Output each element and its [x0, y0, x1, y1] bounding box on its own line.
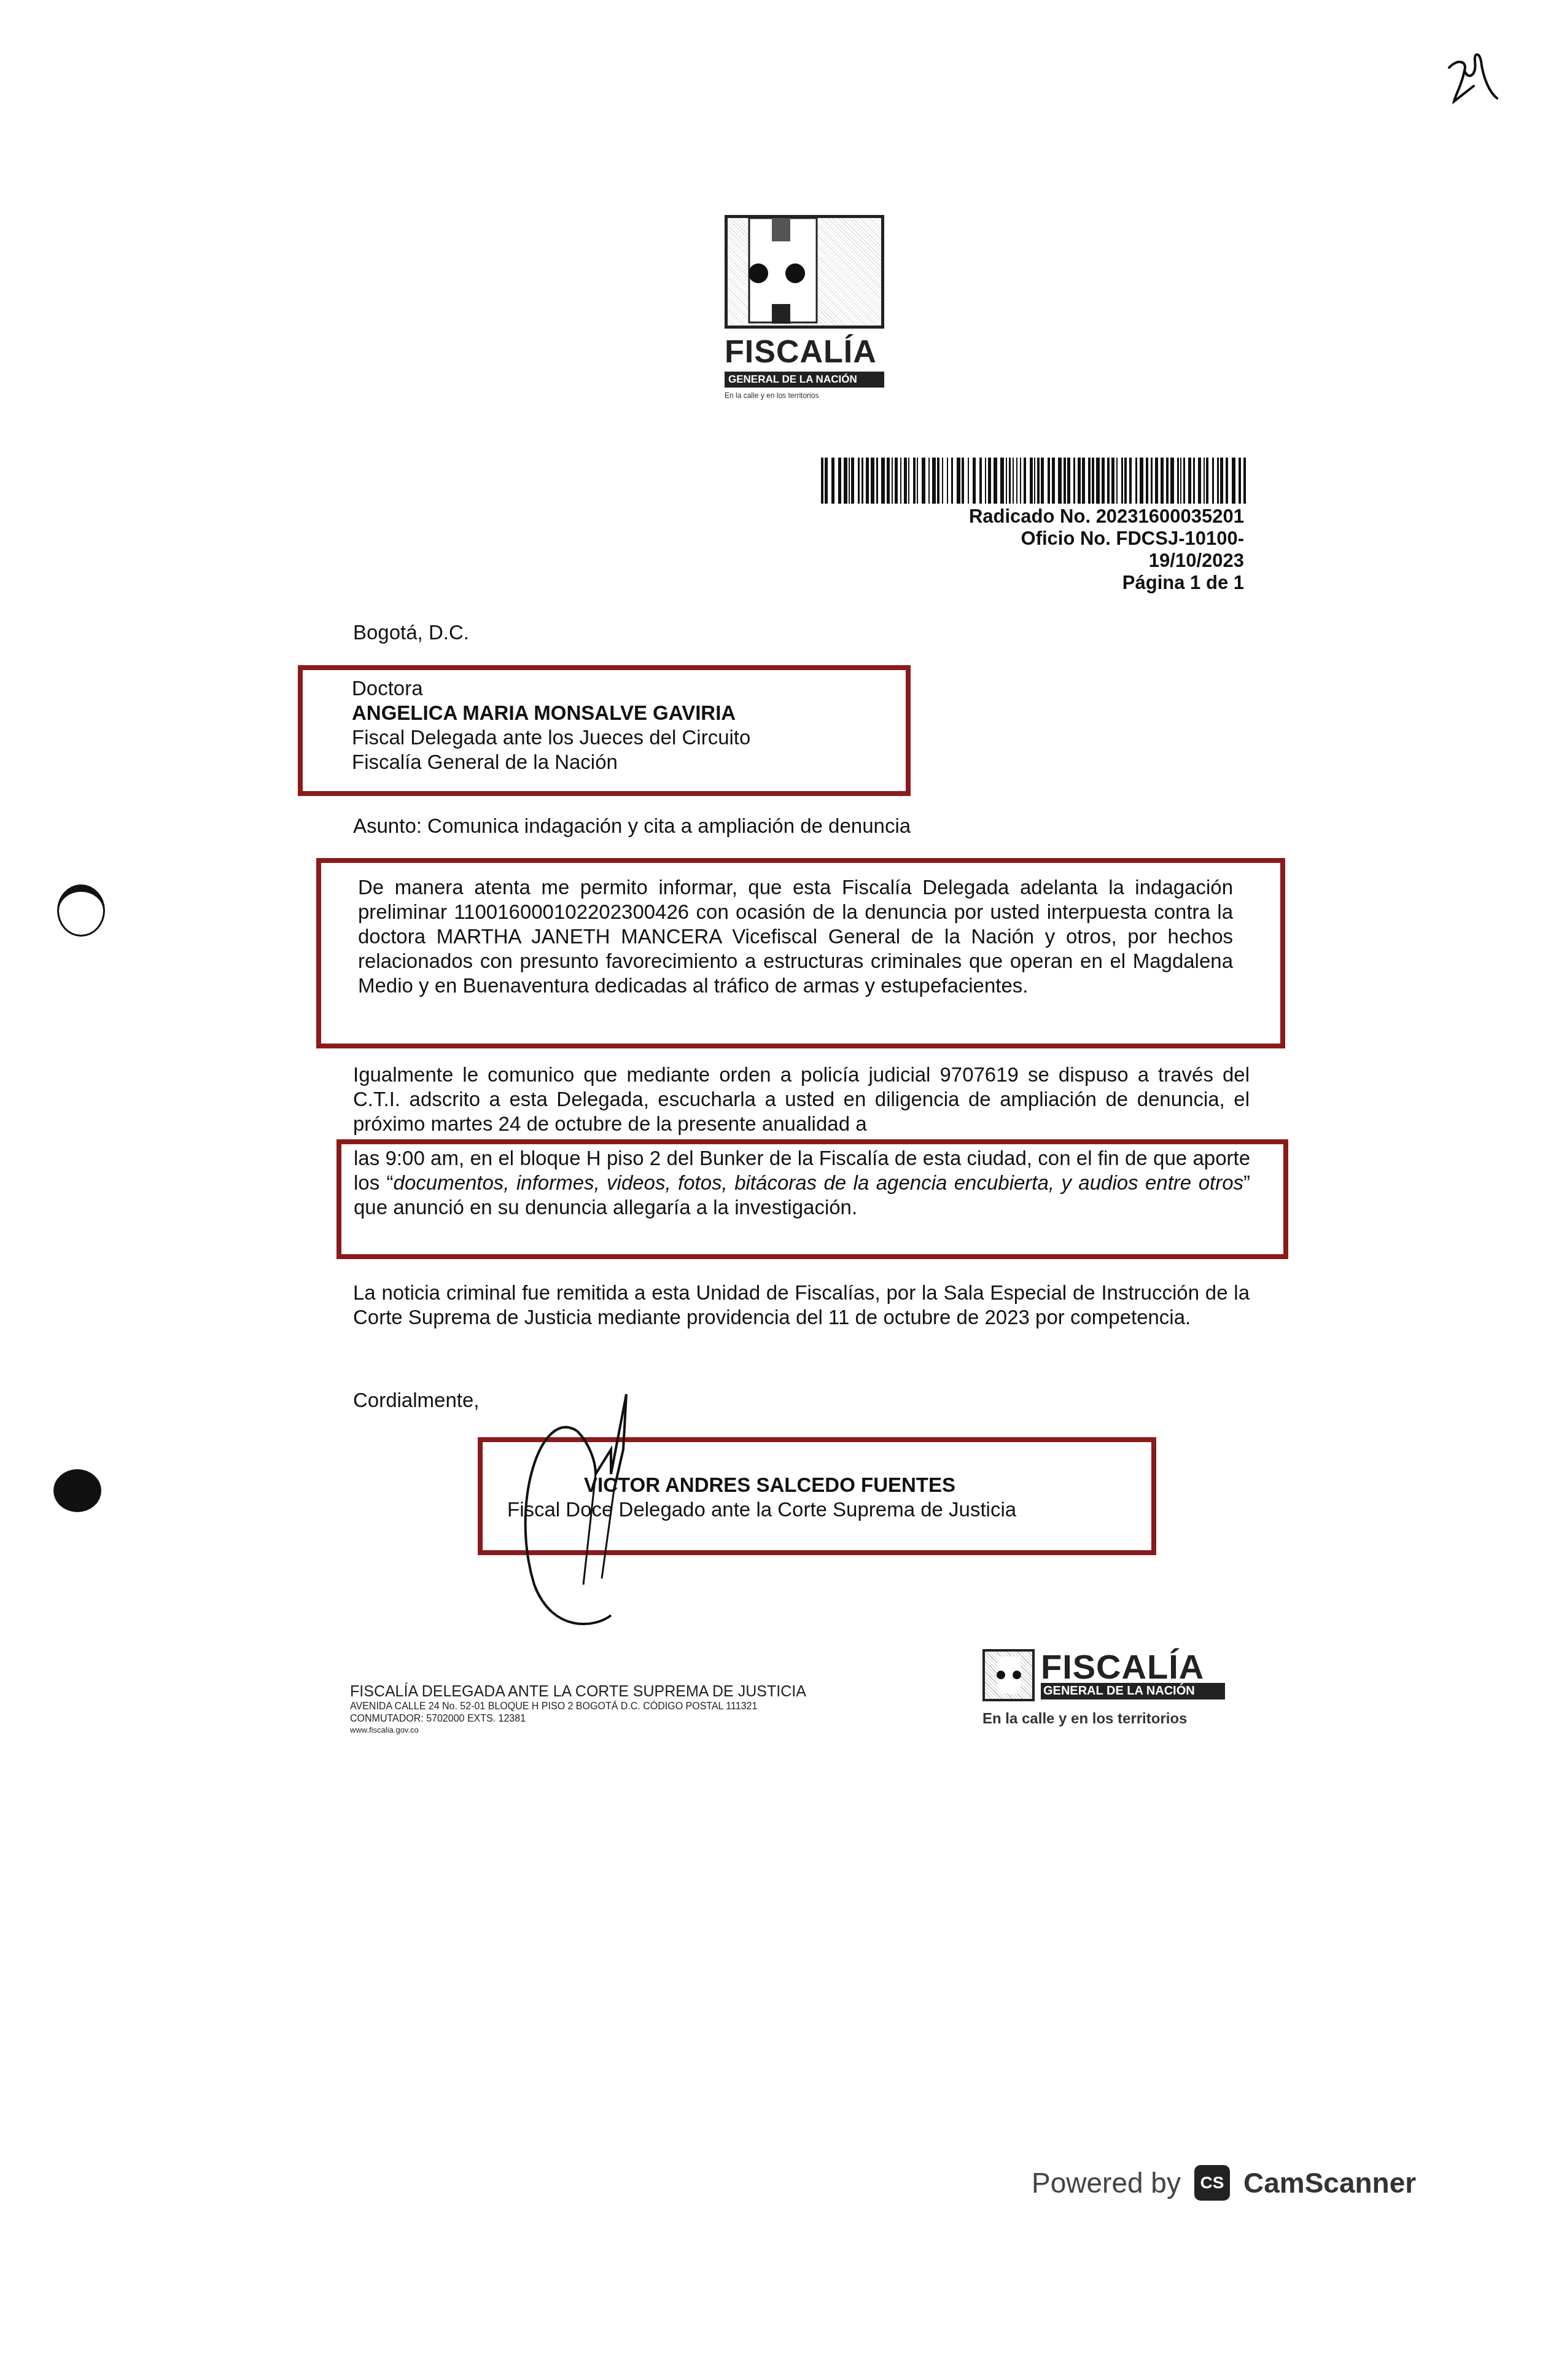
paragraph-2-italic-list: documentos, informes, videos, fotos, bit…	[394, 1171, 1243, 1194]
handwritten-page-number	[1443, 43, 1511, 111]
logo-tagline: En la calle y en los territorios	[725, 391, 884, 400]
punch-hole-filled	[53, 1469, 101, 1512]
recipient-name: ANGELICA MARIA MONSALVE GAVIRIA	[352, 701, 750, 725]
closing-line: Cordialmente,	[353, 1388, 479, 1413]
watermark-prefix: Powered by	[1032, 2166, 1181, 2199]
footer-address: AVENIDA CALLE 24 No. 52-01 BLOQUE H PISO…	[350, 1701, 806, 1713]
paragraph-1: De manera atenta me permito informar, qu…	[358, 875, 1233, 998]
camscanner-watermark: Powered by CS CamScanner	[1032, 2165, 1416, 2201]
barcode	[821, 458, 1248, 504]
footer-logo-tagline: En la calle y en los territorios	[982, 1711, 1187, 1728]
reference-block: Radicado No. 20231600035201 Oficio No. F…	[969, 505, 1244, 594]
paragraph-3: La noticia criminal fue remitida a esta …	[353, 1281, 1250, 1330]
footer-office: FISCALÍA DELEGADA ANTE LA CORTE SUPREMA …	[350, 1683, 806, 1701]
handwritten-signature	[504, 1382, 675, 1640]
document-date: 19/10/2023	[969, 550, 1244, 572]
subject-line: Asunto: Comunica indagación y cita a amp…	[353, 814, 911, 838]
paragraph-2-lead: Igualmente le comunico que mediante orde…	[353, 1063, 1250, 1136]
recipient-entity: Fiscalía General de la Nación	[352, 750, 750, 774]
puzzle-piece-icon	[982, 1649, 1035, 1701]
page-indicator: Página 1 de 1	[969, 572, 1244, 594]
paragraph-2-boxed: las 9:00 am, en el bloque H piso 2 del B…	[354, 1146, 1250, 1220]
paragraph2-highlight-box: las 9:00 am, en el bloque H piso 2 del B…	[336, 1139, 1288, 1259]
watermark-brand: CamScanner	[1243, 2166, 1416, 2199]
city-line: Bogotá, D.C.	[353, 620, 469, 645]
recipient-salutation: Doctora	[352, 676, 750, 701]
puzzle-piece-icon	[725, 215, 884, 329]
camscanner-logo-icon: CS	[1194, 2165, 1230, 2201]
recipient-role: Fiscal Delegada ante los Jueces del Circ…	[352, 725, 750, 750]
logo-band: GENERAL DE LA NACIÓN	[725, 372, 884, 388]
logo-wordmark: FISCALÍA	[725, 334, 884, 370]
paragraph1-highlight-box: De manera atenta me permito informar, qu…	[316, 858, 1285, 1048]
footer-phone: CONMUTADOR: 5702000 EXTS. 12381	[350, 1713, 806, 1725]
oficio-number: Oficio No. FDCSJ-10100-	[969, 528, 1244, 550]
footer-logo-band: GENERAL DE LA NACIÓN	[1041, 1683, 1225, 1699]
fiscalia-logo: FISCALÍA GENERAL DE LA NACIÓN En la call…	[725, 215, 884, 400]
footer-logo-wordmark: FISCALÍA	[1041, 1647, 1204, 1687]
radicado-number: Radicado No. 20231600035201	[969, 505, 1244, 528]
punch-hole-open	[57, 884, 105, 937]
footer-website[interactable]: www.fiscalia.gov.co	[350, 1725, 806, 1734]
recipient-highlight-box: Doctora ANGELICA MARIA MONSALVE GAVIRIA …	[298, 665, 911, 796]
footer-address-block: FISCALÍA DELEGADA ANTE LA CORTE SUPREMA …	[350, 1683, 806, 1734]
